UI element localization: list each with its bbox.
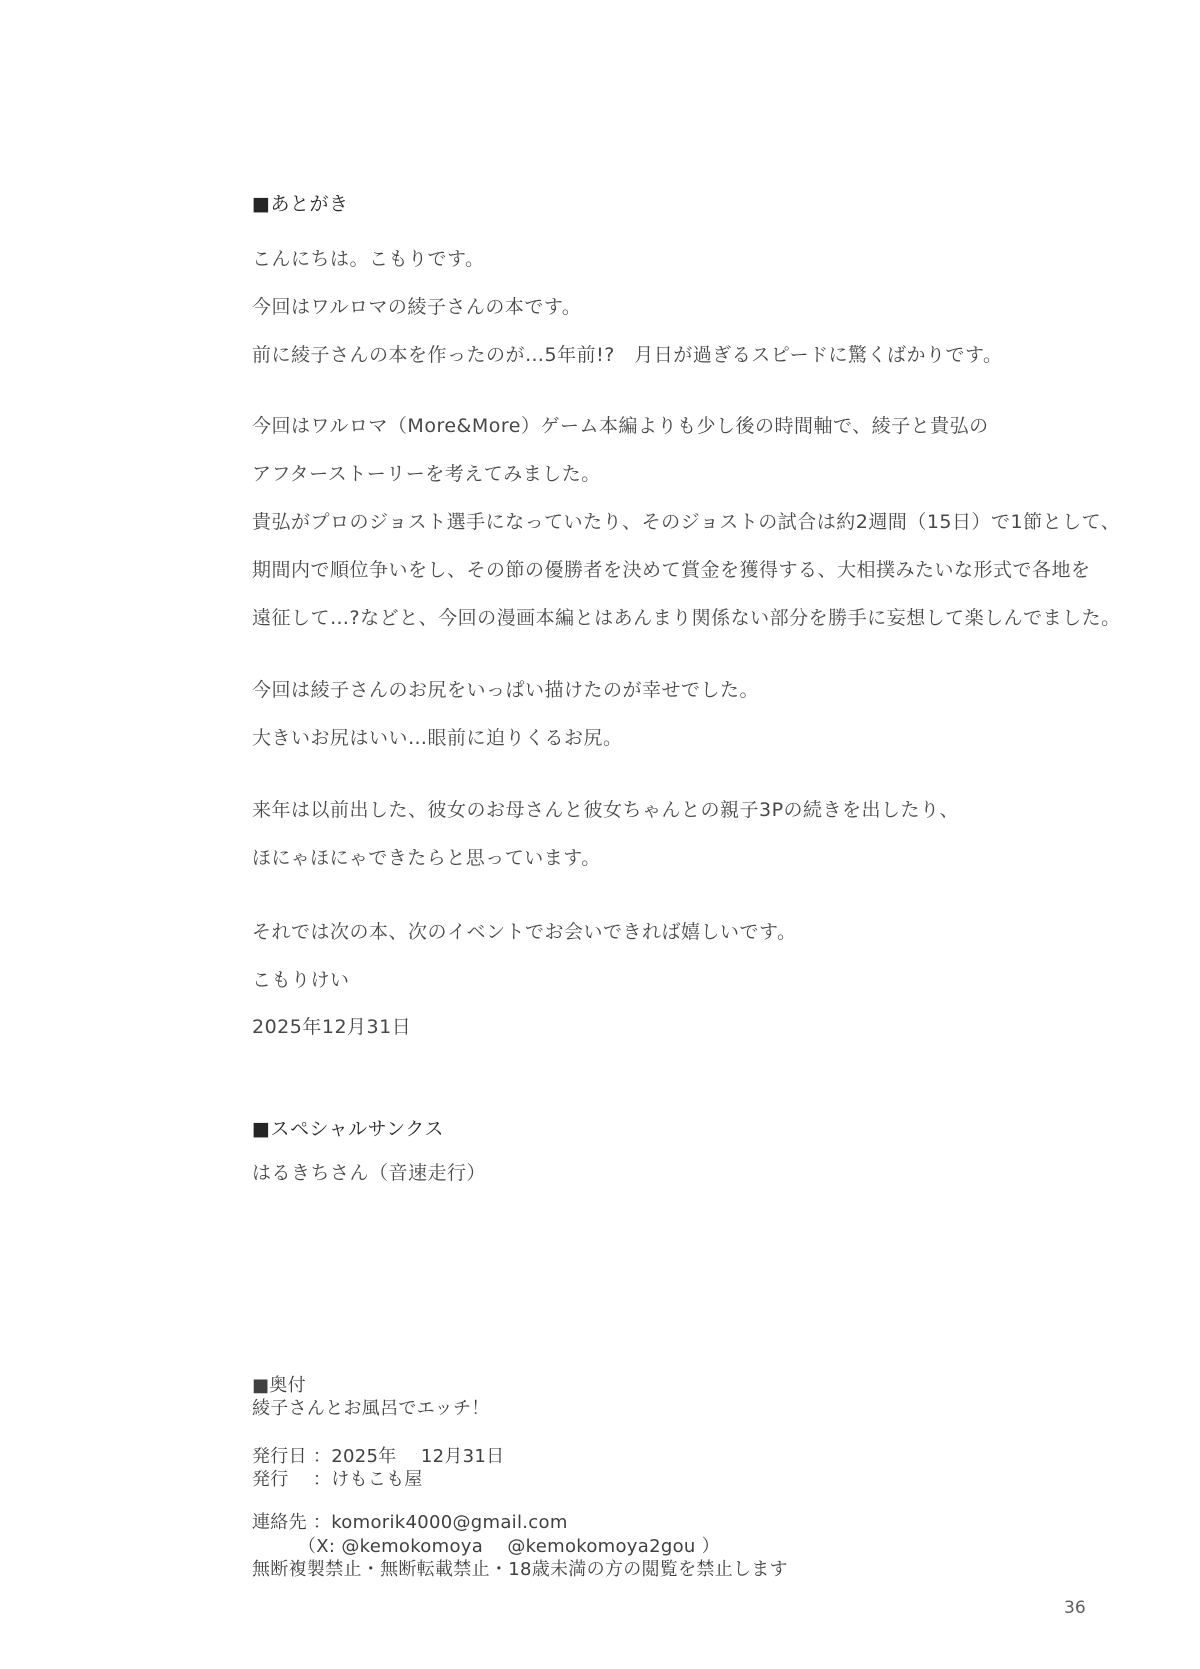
colophon-publish-date: 発行日 ：2025年 12月31日 — [252, 1446, 504, 1468]
colophon-heading: ■奥付 — [252, 1375, 306, 1397]
special-thanks-heading: ■スペシャルサンクス — [252, 1118, 444, 1141]
afterword-line: 今回はワルロマの綾子さんの本です。 — [252, 296, 581, 319]
afterword-author: こもりけい — [252, 969, 350, 992]
scanned-page: ■あとがき こんにちは。こもりです。 今回はワルロマの綾子さんの本です。 前に綾… — [0, 0, 1200, 1669]
colophon-contact-email: 連絡先 ：komorik4000@gmail.com — [252, 1512, 568, 1534]
afterword-line: 前に綾子さんの本を作ったのが…5年前!? 月日が過ぎるスピードに驚くばかりです。 — [252, 344, 1003, 367]
afterword-line: 遠征して…?などと、今回の漫画本編とはあんまり関係ない部分を勝手に妄想して楽しん… — [252, 607, 1121, 630]
page-number: 36 — [1064, 1598, 1086, 1618]
afterword-line: 期間内で順位争いをし、その節の優勝者を決めて賞金を獲得する、大相撲みたいな形式で… — [252, 559, 1091, 582]
afterword-line: 来年は以前出した、彼女のお母さんと彼女ちゃんとの親子3Pの続きを出したり、 — [252, 799, 959, 822]
afterword-date: 2025年12月31日 — [252, 1016, 411, 1039]
afterword-line: 大きいお尻はいい…眼前に迫りくるお尻。 — [252, 727, 623, 750]
colophon-publisher: 発行 ：けもこも屋 — [252, 1469, 423, 1491]
afterword-line: 今回は綾子さんのお尻をいっぱい描けたのが幸せでした。 — [252, 679, 759, 702]
afterword-line: アフターストーリーを考えてみました。 — [252, 463, 601, 486]
afterword-line: それでは次の本、次のイベントでお会いできれば嬉しいです。 — [252, 921, 796, 944]
colophon-copyright-notice: 無断複製禁止・無断転載禁止・18歳未満の方の閲覧を禁止します — [252, 1559, 788, 1581]
afterword-line: ほにゃほにゃできたらと思っています。 — [252, 847, 601, 870]
afterword-line: こんにちは。こもりです。 — [252, 248, 484, 271]
afterword-line: 今回はワルロマ（More&More）ゲーム本編よりも少し後の時間軸で、綾子と貴弘… — [252, 415, 989, 438]
afterword-heading: ■あとがき — [252, 193, 348, 216]
afterword-line: 貴弘がプロのジョスト選手になっていたり、そのジョストの試合は約2週間（15日）で… — [252, 511, 1120, 534]
colophon-sns-handles: （X: @kemokomoya @kemokomoya2gou ） — [298, 1536, 720, 1558]
colophon-book-title: 綾子さんとお風呂でエッチ！ — [252, 1398, 490, 1420]
special-thanks-credit: はるきちさん（音速走行） — [252, 1162, 486, 1185]
